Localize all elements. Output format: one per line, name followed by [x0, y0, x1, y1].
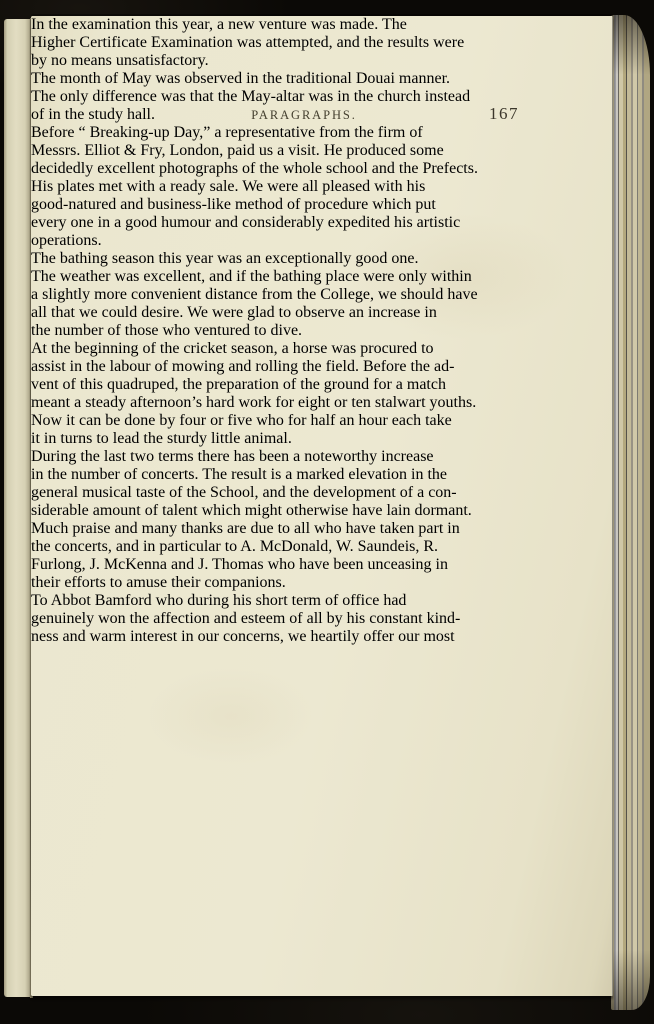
text-line: every one in a good humour and considera… — [31, 214, 612, 232]
paragraph: Before “ Breaking-up Day,” a representat… — [31, 124, 612, 250]
scanned-book-photo: PARAGRAPHS. 167 In the examination this … — [0, 0, 654, 1024]
text-line: vent of this quadruped, the preparation … — [31, 376, 612, 394]
text-line: Much praise and many thanks are due to a… — [31, 520, 612, 538]
text-line: The month of May was observed in the tra… — [31, 70, 612, 88]
text-line: The bathing season this year was an exce… — [31, 250, 612, 268]
text-line: general musical taste of the School, and… — [31, 484, 612, 502]
text-line: His plates met with a ready sale. We wer… — [31, 178, 612, 196]
text-line: their efforts to amuse their companions. — [31, 574, 612, 592]
text-line: Now it can be done by four or five who f… — [31, 412, 612, 430]
text-line: Messrs. Elliot & Fry, London, paid us a … — [31, 142, 612, 160]
paragraph: The bathing season this year was an exce… — [31, 250, 612, 340]
text-line: To Abbot Bamford who during his short te… — [31, 592, 612, 610]
text-line: all that we could desire. We were glad t… — [31, 304, 612, 322]
paragraph: At the beginning of the cricket season, … — [31, 340, 612, 448]
text-line: a slightly more convenient distance from… — [31, 286, 612, 304]
text-line: operations. — [31, 232, 612, 250]
text-line: it in turns to lead the sturdy little an… — [31, 430, 612, 448]
text-line: At the beginning of the cricket season, … — [31, 340, 612, 358]
text-line: siderable amount of talent which might o… — [31, 502, 612, 520]
text-line: genuinely won the affection and esteem o… — [31, 610, 612, 628]
text-line: assist in the labour of mowing and rolli… — [31, 358, 612, 376]
paragraph: In the examination this year, a new vent… — [31, 16, 612, 70]
text-line: good-natured and business-like method of… — [31, 196, 612, 214]
text-line: Before “ Breaking-up Day,” a representat… — [31, 124, 612, 142]
paragraph: To Abbot Bamford who during his short te… — [31, 592, 612, 646]
text-line: ness and warm interest in our concerns, … — [31, 628, 612, 646]
running-header: PARAGRAPHS. 167 — [87, 104, 521, 126]
text-line: decidedly excellent photographs of the w… — [31, 160, 612, 178]
page-stack-fore-edge — [611, 15, 650, 1010]
text-line: meant a steady afternoon’s hard work for… — [31, 394, 612, 412]
text-line: by no means unsatisfactory. — [31, 52, 612, 70]
text-line: the concerts, and in particular to A. Mc… — [31, 538, 612, 556]
book-page: PARAGRAPHS. 167 In the examination this … — [31, 16, 613, 996]
text-line: The weather was excellent, and if the ba… — [31, 268, 612, 286]
text-line: In the examination this year, a new vent… — [31, 16, 612, 34]
text-line: During the last two terms there has been… — [31, 448, 612, 466]
text-line: in the number of concerts. The result is… — [31, 466, 612, 484]
text-line: Higher Certificate Examination was attem… — [31, 34, 612, 52]
header-rule — [87, 137, 520, 139]
text-line: Furlong, J. McKenna and J. Thomas who ha… — [31, 556, 612, 574]
page-number: 167 — [489, 104, 519, 124]
header-title: PARAGRAPHS. — [87, 108, 521, 123]
paragraph: During the last two terms there has been… — [31, 448, 612, 592]
text-line: the number of those who ventured to dive… — [31, 322, 612, 340]
left-page-edge — [4, 19, 31, 997]
